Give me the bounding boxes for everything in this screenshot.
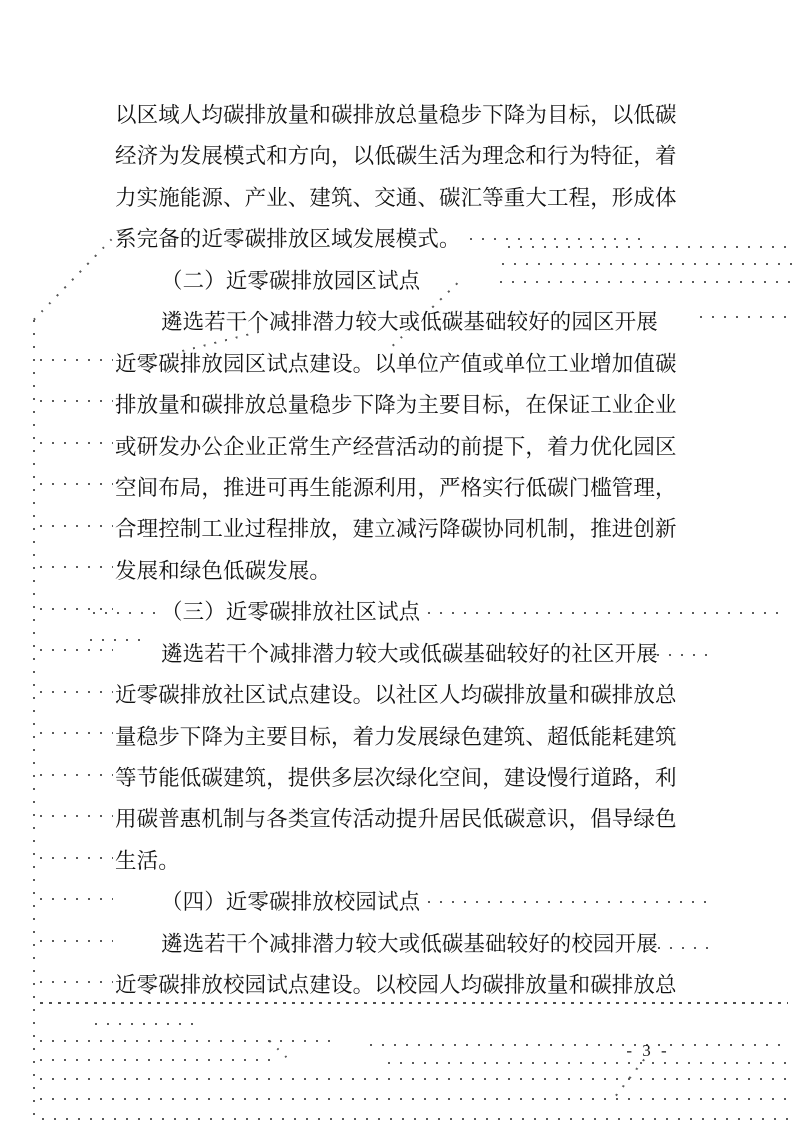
scan-dotted-line xyxy=(40,566,113,568)
body-text-line: 近零碳排放园区试点建设。以单位产值或单位工业增加值碳 xyxy=(115,344,685,385)
scan-dotted-line xyxy=(40,1078,788,1080)
scan-dotted-line xyxy=(700,316,792,318)
section-heading: （二）近零碳排放园区试点 xyxy=(115,261,685,302)
body-text-line: 近零碳排放社区试点建设。以社区人均碳排放量和碳排放总 xyxy=(115,675,685,716)
body-text-line: 或研发办公企业正常生产经营活动的前提下，着力优化园区 xyxy=(115,427,685,468)
body-text-line: 遴选若干个减排潜力较大或低碳基础较好的社区开展 xyxy=(115,634,685,675)
scan-dotted-line xyxy=(269,1040,293,1064)
document-body: 以区域人均碳排放量和碳排放总量稳步下降为目标，以低碳经济为发展模式和方向，以低碳… xyxy=(115,95,685,1007)
scan-dotted-line xyxy=(40,442,113,444)
body-text-line: 生活。 xyxy=(115,841,685,882)
body-text-line: 系完备的近零碳排放区域发展模式。 xyxy=(115,219,685,260)
body-text-line: 近零碳排放校园试点建设。以校园人均碳排放量和碳排放总 xyxy=(115,965,685,1006)
scan-dotted-line xyxy=(40,525,113,527)
scan-dotted-line xyxy=(40,649,113,651)
scan-dotted-line xyxy=(40,1098,788,1100)
scan-dotted-line xyxy=(40,400,113,402)
body-text-line: 空间布局，推进可再生能源利用，严格实行低碳门槛管理， xyxy=(115,468,685,509)
scan-dotted-line xyxy=(40,815,113,817)
scan-dotted-line xyxy=(370,1044,788,1046)
scan-dotted-line xyxy=(40,774,113,776)
page-number: - 3 - xyxy=(616,1041,680,1061)
scan-dotted-line xyxy=(40,898,113,900)
body-text-line: 合理控制工业过程排放，建立减污降碳协同机制，推进创新 xyxy=(115,509,685,550)
scan-dotted-line xyxy=(42,1118,788,1120)
body-text-line: 发展和绿色低碳发展。 xyxy=(115,551,685,592)
body-text-line: 遴选若干个减排潜力较大或低碳基础较好的园区开展 xyxy=(115,302,685,343)
body-text-line: 用碳普惠机制与各类宣传活动提升居民低碳意识，倡导绿色 xyxy=(115,799,685,840)
scan-dotted-line xyxy=(40,981,113,983)
scan-dotted-line xyxy=(95,1023,195,1025)
scan-dotted-line xyxy=(40,483,113,485)
body-text-line: 排放量和碳排放总量稳步下降为主要目标，在保证工业企业 xyxy=(115,385,685,426)
body-text-line: 以区域人均碳排放量和碳排放总量稳步下降为目标，以低碳 xyxy=(115,95,685,136)
scanned-document-page: 以区域人均碳排放量和碳排放总量稳步下降为目标，以低碳经济为发展模式和方向，以低碳… xyxy=(0,0,794,1123)
scan-dotted-line xyxy=(40,1059,270,1061)
scan-dotted-line xyxy=(40,732,113,734)
scan-dotted-line xyxy=(40,1040,330,1042)
body-text-line: 经济为发展模式和方向，以低碳生活为理念和行为特征，着 xyxy=(115,136,685,177)
scan-dotted-line xyxy=(32,231,120,322)
scan-dotted-line xyxy=(40,608,113,610)
section-heading: （三）近零碳排放社区试点 xyxy=(115,592,685,633)
body-text-line: 等节能低碳建筑，提供多层次绿化空间，建设慢行道路，利 xyxy=(115,758,685,799)
scan-dotted-line xyxy=(33,320,35,1123)
section-heading: （四）近零碳排放校园试点 xyxy=(115,882,685,923)
body-text-line: 量稳步下降为主要目标，着力发展绿色建筑、超低能耗建筑 xyxy=(115,717,685,758)
body-text-line: 遴选若干个减排潜力较大或低碳基础较好的校园开展 xyxy=(115,924,685,965)
scan-dotted-line xyxy=(40,359,113,361)
scan-dotted-line xyxy=(40,691,113,693)
scan-dotted-line xyxy=(388,1062,788,1064)
body-text-line: 力实施能源、产业、建筑、交通、碳汇等重大工程，形成体 xyxy=(115,178,685,219)
scan-dotted-line xyxy=(40,940,113,942)
scan-dotted-line xyxy=(40,857,113,859)
